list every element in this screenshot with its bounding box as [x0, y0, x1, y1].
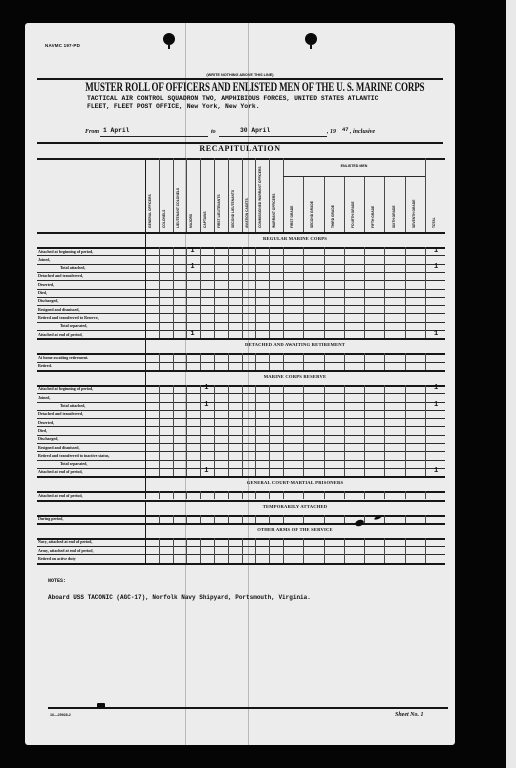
column-divider	[283, 353, 284, 370]
column-divider	[145, 247, 146, 338]
column-header-third-grade: THIRD GRADE	[332, 182, 335, 228]
column-divider	[242, 247, 243, 338]
cell-majors: 1	[190, 264, 194, 271]
print-code: 16—29928-2	[50, 713, 71, 717]
column-divider	[186, 247, 187, 338]
column-divider	[269, 353, 270, 370]
column-header-aviation-cadets: AVIATION CADETS	[246, 166, 249, 228]
column-divider	[255, 538, 256, 563]
row-label: Attached at end of period,	[38, 332, 83, 337]
notes-label: NOTES:	[48, 578, 66, 584]
row-label: Total attached,	[38, 265, 85, 270]
column-divider	[283, 538, 284, 563]
column-divider	[200, 515, 201, 523]
column-divider	[269, 247, 270, 338]
row-label: Deserted,	[38, 420, 54, 425]
row-label: Discharged,	[38, 436, 58, 441]
column-divider	[303, 247, 304, 338]
column-divider	[303, 353, 304, 370]
column-divider	[159, 491, 160, 499]
column-divider	[228, 385, 229, 476]
column-divider	[324, 176, 325, 232]
column-divider	[344, 538, 345, 563]
column-divider	[303, 491, 304, 499]
column-divider	[405, 515, 406, 523]
column-divider	[269, 538, 270, 563]
row-label: Retired and transferred to Reserve,	[38, 315, 99, 320]
column-header-fifth-grade: FIFTH GRADE	[372, 182, 375, 228]
row-label: Total attached,	[38, 403, 85, 408]
column-divider	[228, 515, 229, 523]
header-bottom-rule	[37, 232, 445, 234]
muster-roll-page: NAVMC 197-PD (WRITE NOTHING ABOVE THIS L…	[25, 23, 455, 745]
column-header-second-lieutenants: SECOND LIEUTENANTS	[232, 166, 235, 228]
column-divider	[384, 353, 385, 370]
column-divider	[242, 538, 243, 563]
column-divider	[269, 385, 270, 476]
column-divider	[255, 247, 256, 338]
column-divider	[384, 491, 385, 499]
column-header-majors: MAJORS	[190, 166, 193, 228]
column-divider	[405, 538, 406, 563]
column-divider	[214, 538, 215, 563]
column-divider	[145, 515, 146, 523]
row-label: Deserted,	[38, 282, 54, 287]
column-divider	[186, 538, 187, 563]
row-rule	[37, 563, 445, 565]
row-label: Detached and transferred,	[38, 411, 83, 416]
column-divider	[228, 158, 229, 232]
column-divider	[324, 491, 325, 499]
cell-total: 1	[434, 402, 438, 409]
column-divider	[145, 538, 146, 563]
column-divider	[303, 385, 304, 476]
column-header-first-grade: FIRST GRADE	[291, 182, 294, 228]
column-divider	[324, 385, 325, 476]
column-divider	[344, 385, 345, 476]
column-divider	[200, 158, 201, 232]
column-divider	[200, 385, 201, 476]
column-header-second-grade: SECOND GRADE	[311, 182, 314, 228]
section-title-temporarily-attached: TEMPORARILY ATTACHED	[145, 504, 445, 509]
column-header-fourth-grade: FOURTH GRADE	[352, 182, 355, 228]
column-divider	[324, 353, 325, 370]
column-divider	[186, 353, 187, 370]
column-divider	[425, 353, 426, 370]
row-label: Navy, attached at end of period,	[38, 539, 92, 544]
section-title-court-martial: GENERAL COURT-MARTIAL PRISONERS	[145, 480, 445, 485]
row-label: Attached at end of period,	[38, 493, 83, 498]
column-header-captains: CAPTAINS	[204, 166, 207, 228]
row-label: Detached and transferred,	[38, 273, 83, 278]
column-divider	[228, 353, 229, 370]
column-divider	[200, 491, 201, 499]
row-label: Resigned and dismissed,	[38, 445, 79, 450]
column-divider	[200, 247, 201, 338]
row-rule	[37, 476, 445, 478]
column-header-colonels: COLONELS	[163, 166, 166, 228]
column-divider	[384, 247, 385, 338]
cell-captains: 1	[204, 402, 208, 409]
column-divider	[364, 491, 365, 499]
column-divider	[145, 385, 146, 476]
column-divider	[228, 538, 229, 563]
column-header-warrant-officers: WARRANT OFFICERS	[273, 166, 276, 228]
column-divider	[324, 515, 325, 523]
column-divider	[364, 176, 365, 232]
column-divider	[255, 385, 256, 476]
row-label: Attached at beginning of period,	[38, 249, 93, 254]
column-divider	[384, 176, 385, 232]
row-rule	[37, 500, 445, 502]
cell-total: 1	[434, 331, 438, 338]
column-divider	[344, 247, 345, 338]
row-label: Army, attached at end of period,	[38, 548, 93, 553]
section-title-awaiting-retirement: DETACHED AND AWAITING RETIREMENT	[145, 342, 445, 347]
column-divider	[173, 538, 174, 563]
column-divider	[242, 491, 243, 499]
sheet-number: Sheet No. 1	[395, 712, 424, 718]
bottom-rule	[48, 707, 448, 709]
column-divider	[405, 176, 406, 232]
column-divider	[384, 515, 385, 523]
column-divider	[214, 385, 215, 476]
column-divider	[364, 515, 365, 523]
column-divider	[242, 515, 243, 523]
cell-total: 1	[434, 385, 438, 392]
row-label: Died,	[38, 428, 47, 433]
section-title-reserve: MARINE CORPS RESERVE	[145, 374, 445, 379]
column-divider	[214, 247, 215, 338]
column-divider	[159, 538, 160, 563]
column-divider	[364, 353, 365, 370]
column-divider	[283, 385, 284, 476]
row-rule	[37, 523, 445, 525]
column-divider	[283, 247, 284, 338]
column-divider	[173, 491, 174, 499]
column-divider	[425, 385, 426, 476]
notes-text: Aboard USS TACONIC (AGC-17), Norfolk Nav…	[48, 594, 311, 601]
column-divider	[405, 491, 406, 499]
column-divider	[159, 247, 160, 338]
column-header-total: TOTAL	[433, 188, 436, 228]
column-divider	[145, 158, 146, 232]
column-divider	[173, 158, 174, 232]
column-divider	[200, 353, 201, 370]
column-header-sixth-grade: SIXTH GRADE	[393, 182, 396, 228]
cell-majors: 1	[190, 331, 194, 338]
column-divider	[405, 247, 406, 338]
column-divider	[364, 538, 365, 563]
row-label: Resigned and dismissed,	[38, 307, 79, 312]
column-divider	[228, 247, 229, 338]
column-divider	[186, 158, 187, 232]
row-label: Died,	[38, 290, 47, 295]
row-label: Attached at beginning of period,	[38, 386, 93, 391]
column-divider	[364, 247, 365, 338]
enlisted-men-header: ENLISTED MEN	[283, 164, 425, 168]
row-label: Total separated,	[38, 461, 87, 466]
column-divider	[384, 538, 385, 563]
column-divider	[425, 158, 426, 232]
cell-total: 1	[434, 468, 438, 475]
cell-total: 1	[434, 248, 438, 255]
column-divider	[186, 385, 187, 476]
column-divider	[159, 385, 160, 476]
column-divider	[214, 491, 215, 499]
column-divider	[425, 247, 426, 338]
column-divider	[364, 385, 365, 476]
section-title-regular: REGULAR MARINE CORPS	[145, 236, 445, 241]
column-header-seventh-grade: SEVENTH GRADE	[413, 182, 416, 228]
column-divider	[145, 491, 146, 499]
column-divider	[283, 515, 284, 523]
column-divider	[200, 538, 201, 563]
column-header-general-officers: GENERAL OFFICERS	[149, 166, 152, 228]
column-header-commissioned-warrant-officers: COMMISSIONED WARRANT OFFICERS	[259, 166, 262, 228]
column-divider	[242, 353, 243, 370]
column-divider	[255, 353, 256, 370]
column-divider	[269, 515, 270, 523]
column-divider	[303, 515, 304, 523]
row-rule	[37, 370, 445, 372]
column-divider	[344, 491, 345, 499]
column-divider	[159, 353, 160, 370]
column-divider	[173, 515, 174, 523]
ink-mark	[97, 703, 105, 708]
column-divider	[324, 247, 325, 338]
column-divider	[405, 385, 406, 476]
column-divider	[405, 353, 406, 370]
cell-majors: 1	[190, 248, 194, 255]
section-title-other-arms: OTHER ARMS OF THE SERVICE	[145, 527, 445, 532]
column-divider	[228, 491, 229, 499]
cell-captains: 1	[204, 468, 208, 475]
recapitulation-table: ENLISTED MENGENERAL OFFICERSCOLONELSLIEU…	[25, 23, 455, 745]
column-divider	[324, 538, 325, 563]
column-divider	[173, 385, 174, 476]
row-label: During period,	[38, 516, 63, 521]
row-label: Total separated,	[38, 323, 87, 328]
column-divider	[269, 491, 270, 499]
column-divider	[242, 385, 243, 476]
cell-captains: 1	[204, 385, 208, 392]
column-divider	[173, 247, 174, 338]
column-divider	[303, 538, 304, 563]
row-rule	[37, 338, 445, 340]
enlisted-divider	[283, 176, 425, 177]
column-divider	[159, 158, 160, 232]
column-divider	[425, 515, 426, 523]
column-divider	[214, 158, 215, 232]
column-divider	[255, 515, 256, 523]
column-divider	[255, 158, 256, 232]
column-divider	[283, 491, 284, 499]
row-label: Retired and transferred to inactive stat…	[38, 453, 109, 458]
scan-edge-strip	[506, 0, 516, 768]
column-divider	[425, 538, 426, 563]
column-divider	[214, 353, 215, 370]
column-divider	[159, 515, 160, 523]
column-header-lieutenant-colonels: LIEUTENANT COLONELS	[177, 166, 180, 228]
column-divider	[214, 515, 215, 523]
column-divider	[173, 353, 174, 370]
column-divider	[344, 353, 345, 370]
row-label: Retired on active duty	[38, 556, 76, 561]
row-label: Joined,	[38, 257, 50, 262]
column-divider	[186, 491, 187, 499]
column-divider	[145, 353, 146, 370]
cell-total: 1	[434, 264, 438, 271]
row-label: At home awaiting retirement.	[38, 355, 88, 360]
column-divider	[303, 176, 304, 232]
column-header-first-lieutenants: FIRST LIEUTENANTS	[218, 166, 221, 228]
row-label: Retired.	[38, 363, 52, 368]
column-divider	[255, 491, 256, 499]
column-divider	[283, 158, 284, 232]
column-divider	[242, 158, 243, 232]
column-divider	[186, 515, 187, 523]
row-label: Discharged,	[38, 298, 58, 303]
row-label: Attached at end of period,	[38, 469, 83, 474]
column-divider	[269, 158, 270, 232]
column-divider	[425, 491, 426, 499]
row-label: Joined,	[38, 395, 50, 400]
column-divider	[344, 176, 345, 232]
column-divider	[344, 515, 345, 523]
column-divider	[384, 385, 385, 476]
